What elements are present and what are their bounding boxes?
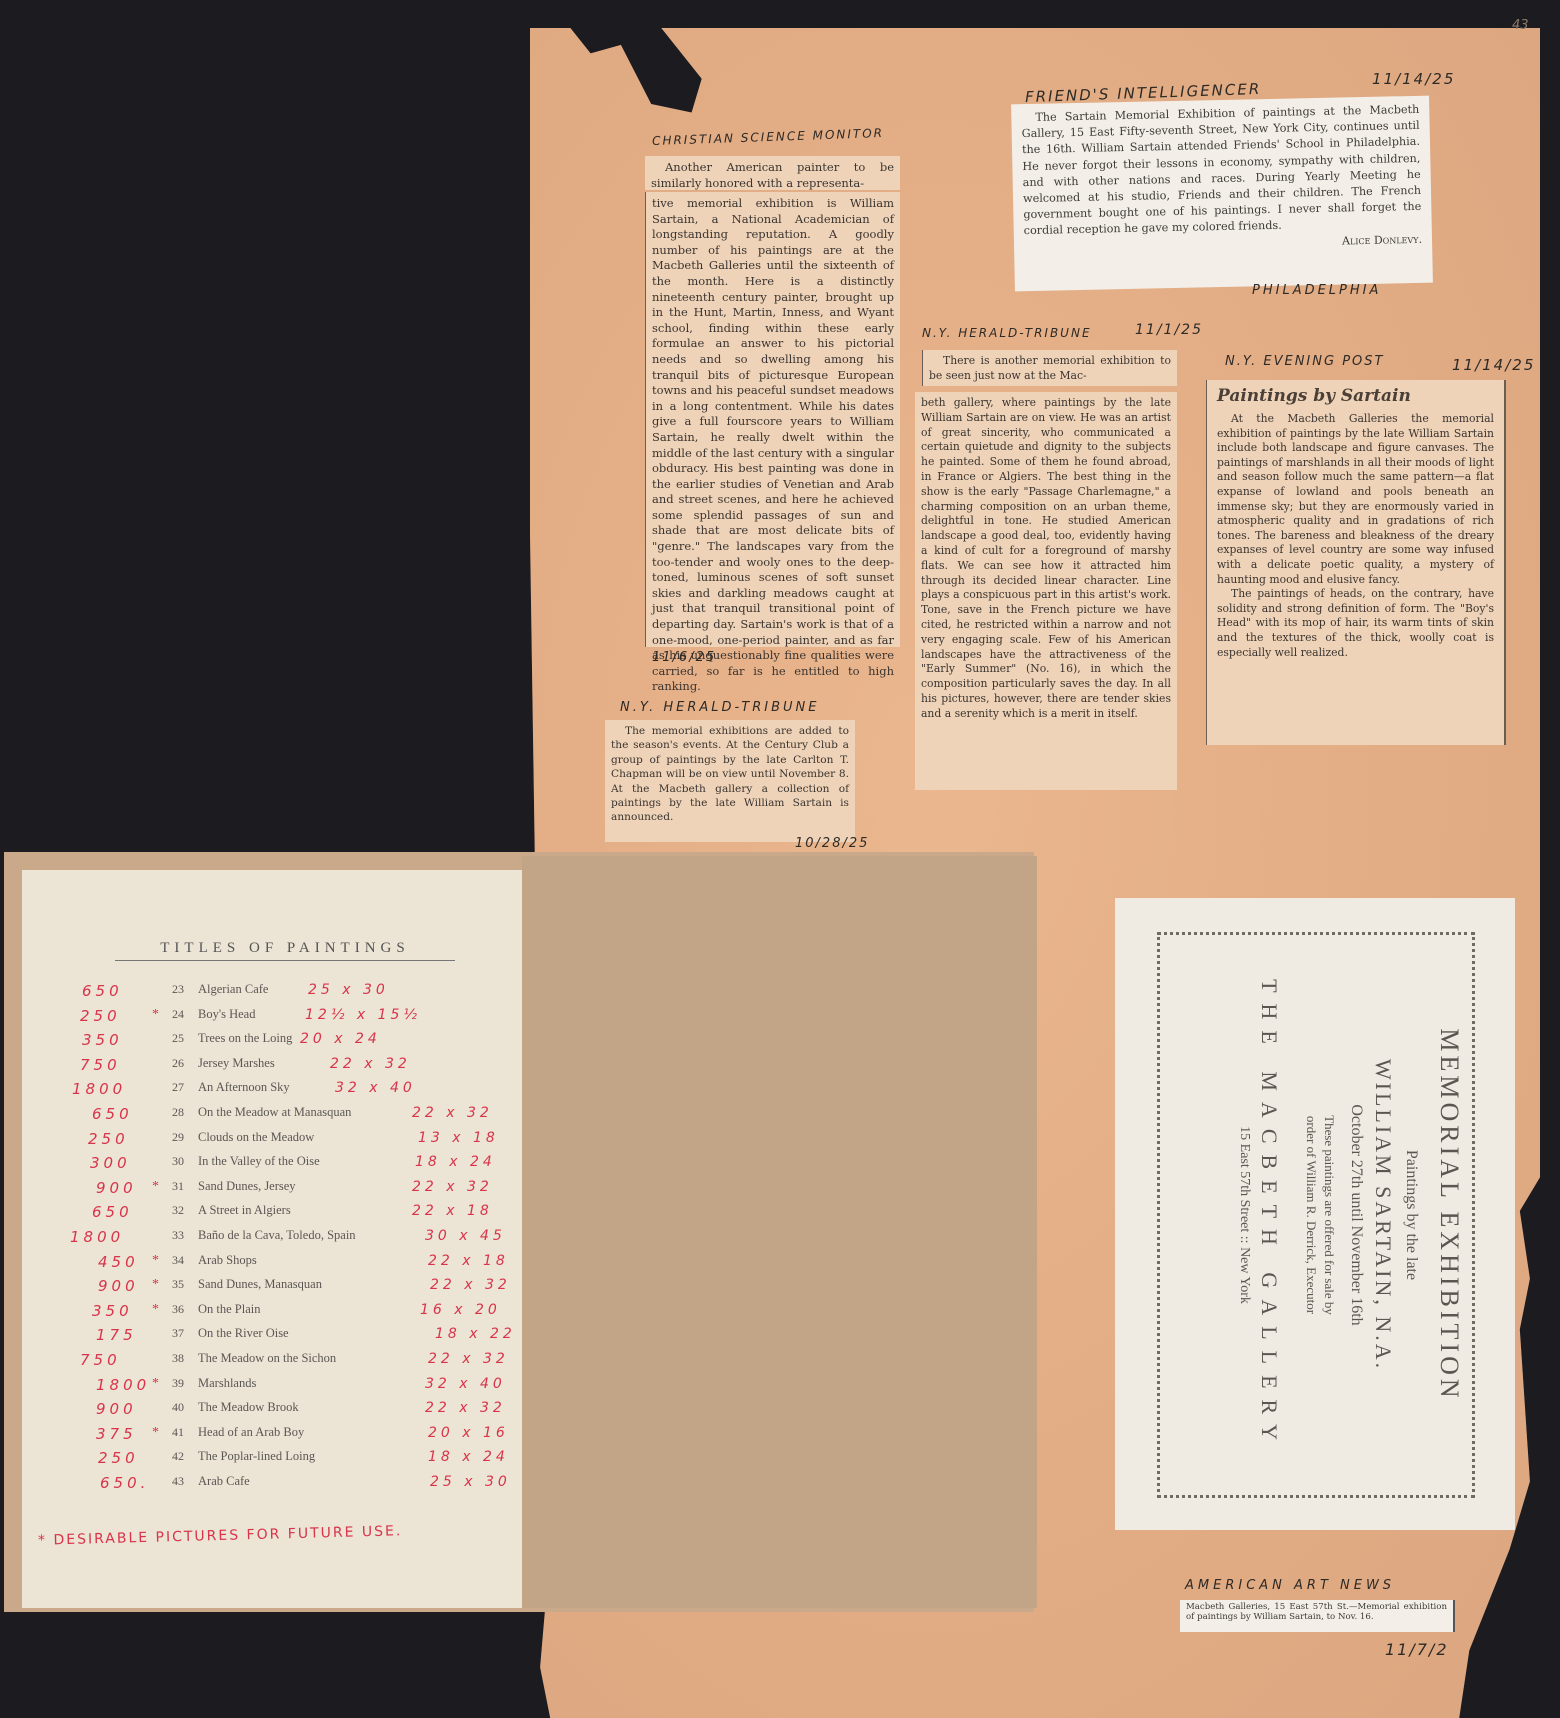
fi-date: 11/14/25	[1372, 70, 1455, 88]
catalog-title-text: On the River Oise	[198, 1326, 289, 1341]
ht1-body-text: beth gallery, where paintings by the lat…	[921, 396, 1171, 722]
catalog-price: 250	[98, 1449, 139, 1467]
aan-body-text: Macbeth Galleries, 15 East 57th St.—Memo…	[1186, 1602, 1447, 1622]
ep-headline: Paintings by Sartain	[1217, 384, 1494, 408]
fi-clipping: The Sartain Memorial Exhibition of paint…	[1011, 96, 1433, 292]
catalog-number: 24	[172, 1007, 184, 1022]
catalog-row: 350*36On the Plain16 x 20	[0, 1302, 520, 1326]
catalog-price: 450	[98, 1253, 139, 1271]
catalog-price: 900	[96, 1179, 137, 1197]
catalog-size: 25 x 30	[308, 982, 389, 998]
catalog-number: 37	[172, 1326, 184, 1341]
catalog-price: 650	[92, 1203, 133, 1221]
catalog-row: 25042The Poplar-lined Loing18 x 24	[0, 1449, 520, 1473]
catalog-back-cover	[522, 856, 1037, 1608]
catalog-title: TITLES OF PAINTINGS	[115, 940, 455, 961]
catalog-title-text: Marshlands	[198, 1376, 256, 1391]
catalog-title-text: Clouds on the Meadow	[198, 1130, 314, 1145]
catalog-title-text: Trees on the Loing	[198, 1031, 292, 1046]
ht1-lead-text: There is another memorial exhibition to …	[929, 354, 1171, 384]
catalog-price: 650	[92, 1105, 133, 1123]
ht1-clipping-lead: There is another memorial exhibition to …	[922, 350, 1177, 386]
catalog-number: 29	[172, 1130, 184, 1145]
catalog-row: 75026Jersey Marshes22 x 32	[0, 1056, 520, 1080]
catalog-row: 25029Clouds on the Meadow13 x 18	[0, 1130, 520, 1154]
catalog-row: 650.43Arab Cafe25 x 30	[0, 1474, 520, 1498]
catalog-size: 32 x 40	[425, 1376, 506, 1392]
catalog-number: 31	[172, 1179, 184, 1194]
catalog-price: 1800	[72, 1080, 126, 1098]
aan-clipping: Macbeth Galleries, 15 East 57th St.—Memo…	[1180, 1600, 1455, 1632]
ep-source-label: N.Y. EVENING POST	[1225, 354, 1384, 369]
catalog-price: 650.	[100, 1474, 149, 1492]
csm-body-text: tive memorial exhibition is William Sart…	[652, 196, 894, 695]
catalog-row: 65023Algerian Cafe25 x 30	[0, 982, 520, 1006]
catalog-number: 33	[172, 1228, 184, 1243]
catalog-title-text: Jersey Marshes	[198, 1056, 275, 1071]
catalog-size: 18 x 24	[428, 1449, 509, 1465]
catalog-size: 22 x 32	[412, 1179, 493, 1195]
aan-source-label: AMERICAN ART NEWS	[1185, 1578, 1395, 1593]
catalog-size: 13 x 18	[418, 1130, 499, 1146]
card-dates: October 27th until November 16th	[1344, 935, 1368, 1495]
ht2-body-text: The memorial exhibitions are added to th…	[611, 724, 849, 825]
catalog-row: 450*34Arab Shops22 x 18	[0, 1253, 520, 1277]
catalog-number: 27	[172, 1080, 184, 1095]
catalog-title-text: An Afternoon Sky	[198, 1080, 290, 1095]
fi-location-note: PHILADELPHIA	[1252, 283, 1381, 298]
catalog-size: 25 x 30	[430, 1474, 511, 1490]
catalog-price: 750	[80, 1351, 121, 1369]
catalog-number: 26	[172, 1056, 184, 1071]
catalog-title-text: Arab Shops	[198, 1253, 257, 1268]
catalog-size: 22 x 32	[428, 1351, 509, 1367]
star-mark-icon: *	[152, 1277, 159, 1293]
catalog-row: 17537On the River Oise18 x 22	[0, 1326, 520, 1350]
card-text: MEMORIAL EXHIBITION Paintings by the lat…	[1166, 935, 1466, 1495]
catalog-row: 900*35Sand Dunes, Manasquan22 x 32	[0, 1277, 520, 1301]
catalog-number: 39	[172, 1376, 184, 1391]
catalog-title-text: In the Valley of the Oise	[198, 1154, 320, 1169]
catalog-size: 22 x 32	[330, 1056, 411, 1072]
catalog-size: 32 x 40	[335, 1080, 416, 1096]
catalog-size: 30 x 45	[425, 1228, 506, 1244]
catalog-row: 30030In the Valley of the Oise18 x 24	[0, 1154, 520, 1178]
page-number: 43	[1512, 18, 1529, 33]
catalog-row: 180027An Afternoon Sky32 x 40	[0, 1080, 520, 1104]
card-artist: WILLIAM SARTAIN, N.A.	[1368, 935, 1398, 1495]
catalog-number: 43	[172, 1474, 184, 1489]
ep-paragraph-1: At the Macbeth Galleries the memorial ex…	[1217, 412, 1494, 587]
ht2-clipping: The memorial exhibitions are added to th…	[605, 720, 855, 842]
catalog-price: 1800	[70, 1228, 124, 1246]
catalog-number: 36	[172, 1302, 184, 1317]
card-sale-note-1: These paintings are offered for sale by	[1320, 935, 1338, 1495]
catalog-number: 30	[172, 1154, 184, 1169]
catalog-row: 1800*39Marshlands32 x 40	[0, 1376, 520, 1400]
catalog-number: 32	[172, 1203, 184, 1218]
card-sale-note-2: order of William R. Derrick, Executor	[1302, 935, 1320, 1495]
catalog-size: 22 x 32	[430, 1277, 511, 1293]
catalog-price: 250	[80, 1007, 121, 1025]
catalog-size: 22 x 32	[412, 1105, 493, 1121]
catalog-row: 65028On the Meadow at Manasquan22 x 32	[0, 1105, 520, 1129]
catalog-price: 300	[90, 1154, 131, 1172]
catalog-row: 250*24Boy's Head12½ x 15½	[0, 1007, 520, 1031]
ht1-source-label: N.Y. HERALD-TRIBUNE	[922, 326, 1092, 340]
star-mark-icon: *	[152, 1302, 159, 1318]
star-mark-icon: *	[152, 1425, 159, 1441]
star-mark-icon: *	[152, 1376, 159, 1392]
catalog-title-text: Sand Dunes, Jersey	[198, 1179, 296, 1194]
catalog-price: 1800	[96, 1376, 150, 1394]
card-heading: MEMORIAL EXHIBITION	[1432, 935, 1466, 1495]
catalog-price: 900	[98, 1277, 139, 1295]
catalog-row: 35025Trees on the Loing20 x 24	[0, 1031, 520, 1055]
ht1-date: 11/1/25	[1135, 322, 1203, 338]
card-address: 15 East 57th Street :: New York	[1234, 935, 1254, 1495]
catalog-title-text: Sand Dunes, Manasquan	[198, 1277, 322, 1292]
catalog-number: 42	[172, 1449, 184, 1464]
catalog-title-text: On the Plain	[198, 1302, 261, 1317]
fi-body-text: The Sartain Memorial Exhibition of paint…	[1021, 102, 1422, 240]
catalog-price: 375	[96, 1425, 137, 1443]
ep-date: 11/14/25	[1452, 356, 1535, 374]
aan-date: 11/7/2	[1385, 1640, 1449, 1659]
catalog-price: 350	[92, 1302, 133, 1320]
csm-clipping-lead: Another American painter to be similarly…	[645, 156, 900, 190]
card-gallery: THE MACBETH GALLERY	[1254, 935, 1284, 1495]
catalog-row: 75038The Meadow on the Sichon22 x 32	[0, 1351, 520, 1375]
ep-paragraph-2: The paintings of heads, on the contrary,…	[1217, 587, 1494, 660]
catalog-row: 65032A Street in Algiers22 x 18	[0, 1203, 520, 1227]
catalog-title-text: A Street in Algiers	[198, 1203, 291, 1218]
catalog-price: 650	[82, 982, 123, 1000]
catalog-title-text: The Poplar-lined Loing	[198, 1449, 315, 1464]
catalog-row: 90040The Meadow Brook22 x 32	[0, 1400, 520, 1424]
ht2-source-label: N.Y. HERALD-TRIBUNE	[620, 700, 819, 715]
catalog-size: 18 x 24	[415, 1154, 496, 1170]
ht1-clipping-body: beth gallery, where paintings by the lat…	[915, 392, 1177, 790]
star-mark-icon: *	[152, 1253, 159, 1269]
csm-clipping-body: tive memorial exhibition is William Sart…	[645, 192, 900, 647]
catalog-title-text: Boy's Head	[198, 1007, 255, 1022]
catalog-title-text: Head of an Arab Boy	[198, 1425, 304, 1440]
catalog-size: 22 x 32	[425, 1400, 506, 1416]
catalog-size: 18 x 22	[435, 1326, 516, 1342]
catalog-number: 23	[172, 982, 184, 997]
catalog-number: 38	[172, 1351, 184, 1366]
ht2-date: 10/28/25	[795, 836, 869, 851]
star-mark-icon: *	[152, 1179, 159, 1195]
catalog-size: 16 x 20	[420, 1302, 501, 1318]
catalog-row: 375*41Head of an Arab Boy20 x 16	[0, 1425, 520, 1449]
catalog-size: 20 x 16	[428, 1425, 509, 1441]
catalog-title-text: Arab Cafe	[198, 1474, 250, 1489]
card-subheading: Paintings by the late	[1398, 935, 1424, 1495]
catalog-price: 250	[88, 1130, 129, 1148]
ep-clipping: Paintings by Sartain At the Macbeth Gall…	[1206, 380, 1506, 745]
catalog-title-text: The Meadow on the Sichon	[198, 1351, 336, 1366]
catalog-number: 41	[172, 1425, 184, 1440]
csm-date: 11/6/25	[652, 650, 716, 665]
catalog-title-text: The Meadow Brook	[198, 1400, 299, 1415]
catalog-number: 28	[172, 1105, 184, 1120]
catalog-size: 22 x 18	[428, 1253, 509, 1269]
catalog-title-text: On the Meadow at Manasquan	[198, 1105, 351, 1120]
catalog-number: 35	[172, 1277, 184, 1292]
star-mark-icon: *	[152, 1007, 159, 1023]
catalog-title-text: Algerian Cafe	[198, 982, 268, 997]
catalog-number: 40	[172, 1400, 184, 1415]
catalog-size: 20 x 24	[300, 1031, 381, 1047]
csm-lead-text: Another American painter to be similarly…	[651, 160, 894, 191]
catalog-row: 900*31Sand Dunes, Jersey22 x 32	[0, 1179, 520, 1203]
catalog-size: 12½ x 15½	[305, 1007, 421, 1023]
catalog-number: 25	[172, 1031, 184, 1046]
catalog-price: 350	[82, 1031, 123, 1049]
catalog-size: 22 x 18	[412, 1203, 493, 1219]
catalog-price: 750	[80, 1056, 121, 1074]
catalog-price: 900	[96, 1400, 137, 1418]
catalog-title-text: Baño de la Cava, Toledo, Spain	[198, 1228, 356, 1243]
catalog-price: 175	[96, 1326, 137, 1344]
catalog-number: 34	[172, 1253, 184, 1268]
catalog-row: 180033Baño de la Cava, Toledo, Spain30 x…	[0, 1228, 520, 1252]
